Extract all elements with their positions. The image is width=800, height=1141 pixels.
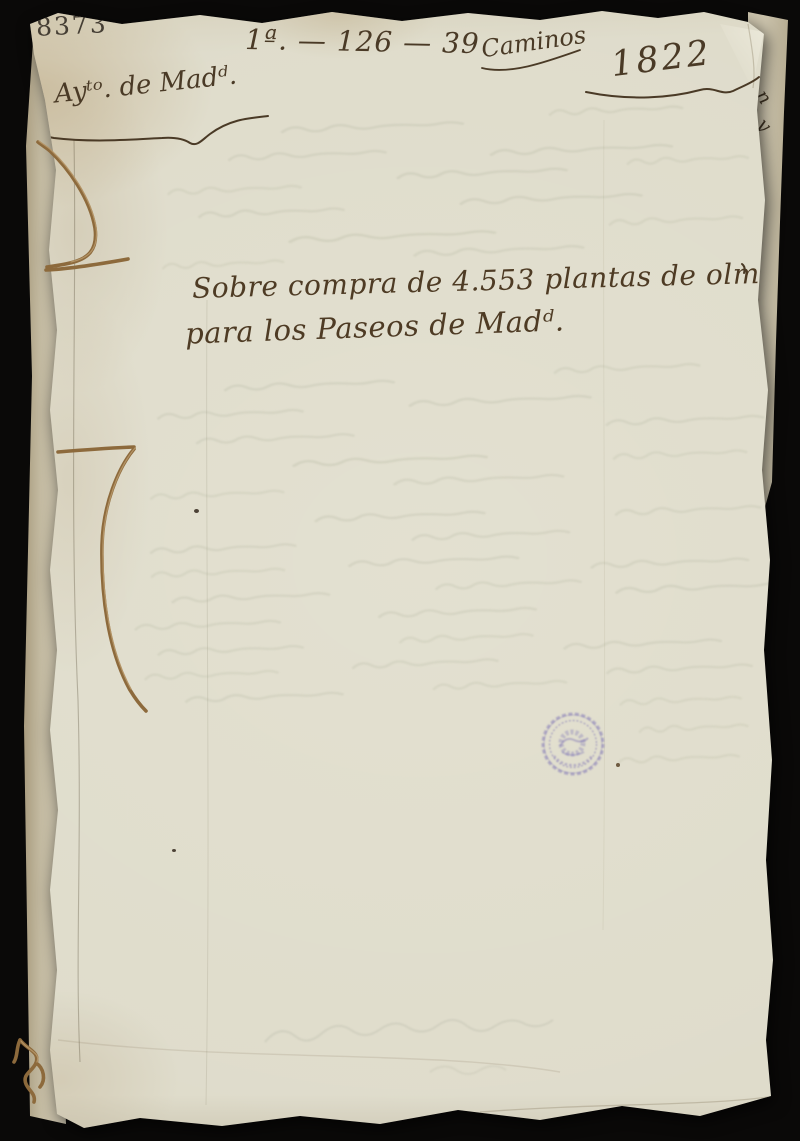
corner-fold: [712, 22, 764, 88]
title-line-2: para los Paseos de Madᵈ.: [185, 306, 565, 348]
ink-speck: [172, 849, 176, 852]
classmark: 1ª. — 126 — 39: [245, 26, 480, 58]
document-page-wrap: 8373 1ª. — 126 — 39 Caminos 1822 Ayᵗᵒ. d…: [0, 0, 800, 1141]
bleedthrough-signature: [265, 1020, 553, 1074]
ink-stamp: [536, 706, 612, 782]
category-label: Caminos: [480, 23, 588, 61]
rubric-flourish: [36, 116, 268, 144]
ink-speck: [616, 763, 620, 767]
year-flourish: [586, 77, 759, 98]
office-abbreviation: Ayᵗᵒ. de Madᵈ.: [53, 63, 238, 108]
title-line-1: Sobre compra de 4.553 plantas de olmos: [192, 259, 793, 303]
year-label: 1822: [609, 36, 714, 83]
ink-flourishes: [0, 0, 800, 1141]
ink-speck: [194, 509, 199, 513]
bleedthrough-writing: [0, 0, 800, 1141]
scanned-document: n y: [0, 0, 800, 1141]
document-page: 8373 1ª. — 126 — 39 Caminos 1822 Ayᵗᵒ. d…: [0, 0, 800, 1141]
archive-number: 8373: [35, 11, 108, 40]
paper-creases: [0, 0, 800, 1141]
